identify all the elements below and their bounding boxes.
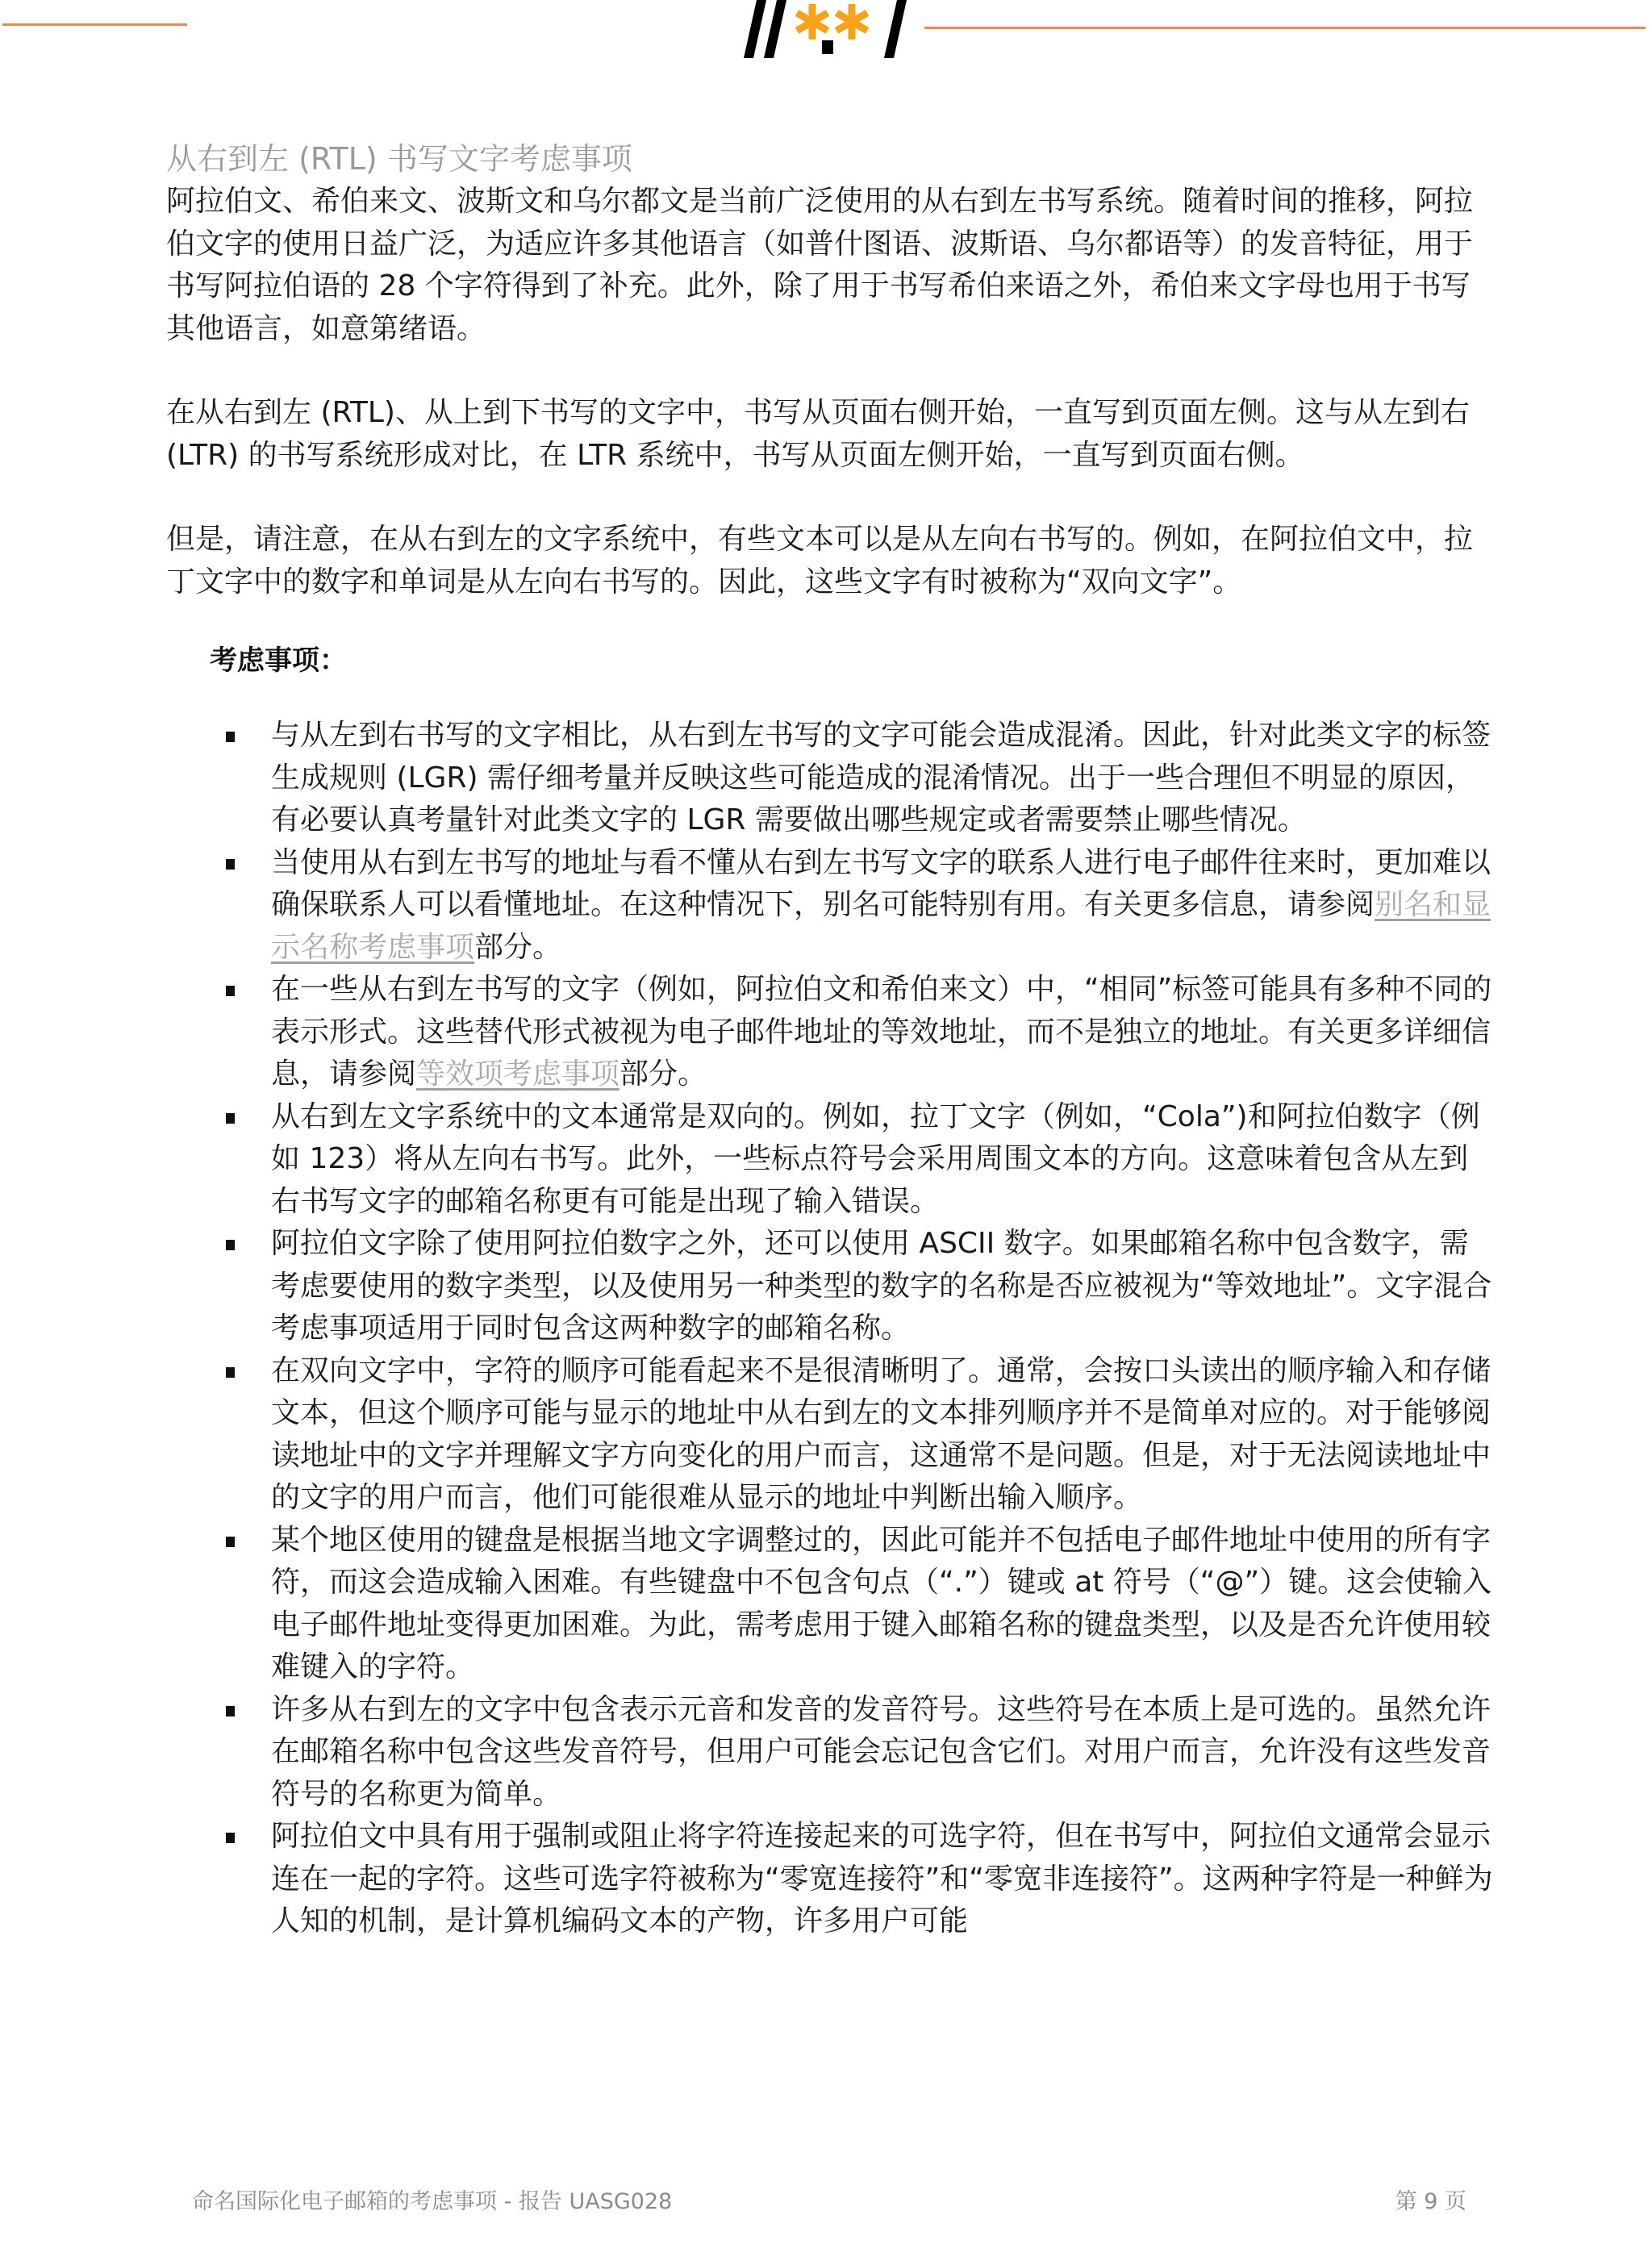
list-item-text: 许多从右到左的文字中包含表示元音和发音的发音符号。这些符号在本质上是可选的。虽然… xyxy=(271,1693,1491,1811)
document-body: 从右到左 (RTL) 书写文字考虑事项 阿拉伯文、希伯来文、波斯文和乌尔都文是当… xyxy=(166,139,1497,1943)
square-bullet-icon xyxy=(226,1537,235,1547)
square-bullet-icon xyxy=(226,1706,235,1716)
list-item: 从右到左文字系统中的文本通常是双向的。例如，拉丁文字（例如，“Cola”)和阿拉… xyxy=(218,1096,1497,1224)
page-header xyxy=(0,0,1652,73)
list-item: 与从左到右书写的文字相比，从右到左书写的文字可能会造成混淆。因此，针对此类文字的… xyxy=(218,715,1497,842)
square-bullet-icon xyxy=(226,986,235,996)
equivalence-considerations-link[interactable]: 等效项考虑事项 xyxy=(416,1057,619,1091)
list-item: 当使用从右到左书写的地址与看不懂从右到左书写文字的联系人进行电子邮件往来时，更加… xyxy=(218,842,1497,970)
intro-paragraph-2: 在从右到左 (RTL)、从上到下书写的文字中，书写从页面右侧开始，一直写到页面左… xyxy=(166,392,1497,477)
list-item-text: 当使用从右到左书写的地址与看不懂从右到左书写文字的联系人进行电子邮件往来时，更加… xyxy=(271,846,1491,922)
square-bullet-icon xyxy=(226,1833,235,1843)
list-item: 某个地区使用的键盘是根据当地文字调整过的，因此可能并不包括电子邮件地址中使用的所… xyxy=(218,1520,1497,1689)
square-bullet-icon xyxy=(226,1240,235,1250)
square-bullet-icon xyxy=(226,1113,235,1124)
list-item-text-suffix: 部分。 xyxy=(619,1057,707,1091)
list-item: 阿拉伯文中具有用于强制或阻止将字符连接起来的可选字符，但在书写中，阿拉伯文通常会… xyxy=(218,1816,1497,1943)
footer-page-number: 第 9 页 xyxy=(1395,2186,1466,2218)
list-item: 在双向文字中，字符的顺序可能看起来不是很清晰明了。通常，会按口头读出的顺序输入和… xyxy=(218,1350,1497,1520)
list-item-text: 与从左到右书写的文字相比，从右到左书写的文字可能会造成混淆。因此，针对此类文字的… xyxy=(271,719,1491,836)
square-bullet-icon xyxy=(226,859,235,870)
list-item: 在一些从右到左书写的文字（例如，阿拉伯文和希伯来文）中，“相同”标签可能具有多种… xyxy=(218,969,1497,1096)
list-item-text: 阿拉伯文字除了使用阿拉伯数字之外，还可以使用 ASCII 数字。如果邮箱名称中包… xyxy=(271,1227,1491,1345)
list-item-text: 某个地区使用的键盘是根据当地文字调整过的，因此可能并不包括电子邮件地址中使用的所… xyxy=(271,1524,1491,1684)
list-item: 许多从右到左的文字中包含表示元音和发音的发音符号。这些符号在本质上是可选的。虽然… xyxy=(218,1689,1497,1817)
intro-paragraph-1: 阿拉伯文、希伯来文、波斯文和乌尔都文是当前广泛使用的从右到左书写系统。随着时间的… xyxy=(166,181,1497,350)
header-rule-right xyxy=(924,27,1646,29)
header-rule-left xyxy=(2,23,187,26)
square-bullet-icon xyxy=(226,1367,235,1378)
list-item: 阿拉伯文字除了使用阿拉伯数字之外，还可以使用 ASCII 数字。如果邮箱名称中包… xyxy=(218,1223,1497,1350)
list-item-text: 从右到左文字系统中的文本通常是双向的。例如，拉丁文字（例如，“Cola”)和阿拉… xyxy=(271,1100,1480,1218)
section-title: 从右到左 (RTL) 书写文字考虑事项 xyxy=(166,139,1497,179)
considerations-list: 与从左到右书写的文字相比，从右到左书写的文字可能会造成混淆。因此，针对此类文字的… xyxy=(218,715,1497,1943)
list-item-text: 在双向文字中，字符的顺序可能看起来不是很清晰明了。通常，会按口头读出的顺序输入和… xyxy=(271,1354,1491,1515)
square-bullet-icon xyxy=(226,732,235,742)
uasg-logo-icon xyxy=(732,0,920,61)
intro-paragraph-3: 但是，请注意，在从右到左的文字系统中，有些文本可以是从左向右书写的。例如，在阿拉… xyxy=(166,519,1497,603)
footer-document-title: 命名国际化电子邮箱的考虑事项 - 报告 UASG028 xyxy=(192,2186,672,2218)
list-item-text-suffix: 部分。 xyxy=(474,931,561,964)
page-footer: 命名国际化电子邮箱的考虑事项 - 报告 UASG028 第 9 页 xyxy=(192,2186,1466,2218)
considerations-heading: 考虑事项： xyxy=(210,640,1497,681)
list-item-text: 阿拉伯文中具有用于强制或阻止将字符连接起来的可选字符，但在书写中，阿拉伯文通常会… xyxy=(271,1820,1493,1938)
